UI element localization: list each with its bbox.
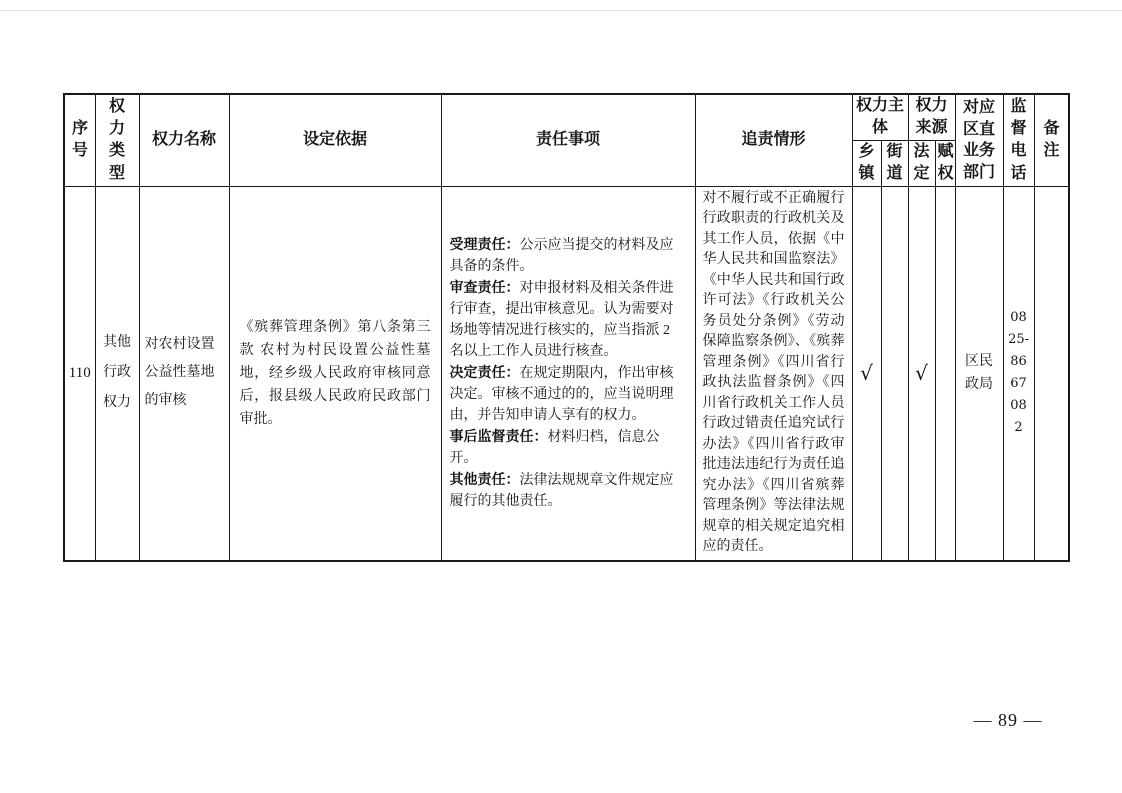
document-page: 序号 权力类型 权力名称 设定依据 责任事项 追责情形 权力主体 权力来源 对应… (0, 0, 1122, 793)
table-body: 110 其他行政权力 对农村设置公益性墓地的审核 《殡葬管理条例》第八条第三款 … (64, 186, 1069, 561)
column-header-responsibility: 责任事项 (441, 94, 695, 186)
column-header-township: 乡镇 (852, 140, 881, 186)
column-header-serial: 序号 (64, 94, 95, 186)
page-number: — 89 — (957, 710, 1059, 731)
column-group-power-source: 权力来源 (908, 94, 955, 140)
column-header-supervision-phone: 监督电话 (1003, 94, 1034, 186)
header-row-top: 序号 权力类型 权力名称 设定依据 责任事项 追责情形 权力主体 权力来源 对应… (64, 94, 1069, 140)
responsibility-item-post-supervision: 事后监督责任：材料归档，信息公开。 (450, 426, 687, 469)
scan-edge-line (0, 10, 1122, 11)
column-header-power-type: 权力类型 (95, 94, 139, 186)
cell-power-name: 对农村设置公益性墓地的审核 (139, 186, 229, 561)
cell-statutory-checkmark: √ (908, 186, 935, 561)
table-row-110: 110 其他行政权力 对农村设置公益性墓地的审核 《殡葬管理条例》第八条第三款 … (64, 186, 1069, 561)
responsibility-label: 审查责任： (450, 279, 520, 295)
responsibility-item-other: 其他责任：法律法规规章文件规定应履行的其他责任。 (450, 469, 687, 512)
table-header: 序号 权力类型 权力名称 设定依据 责任事项 追责情形 权力主体 权力来源 对应… (64, 94, 1069, 186)
column-header-legal-basis: 设定依据 (229, 94, 441, 186)
power-responsibility-table: 序号 权力类型 权力名称 设定依据 责任事项 追责情形 权力主体 权力来源 对应… (63, 93, 1070, 562)
cell-township-checkmark: √ (852, 186, 881, 561)
column-header-district-dept: 对应区直业务部门 (955, 94, 1003, 186)
responsibility-item-review: 审查责任：对申报材料及相关条件进行审查，提出审核意见。认为需要对场地等情况进行核… (450, 277, 687, 362)
responsibility-label: 受理责任： (450, 236, 520, 252)
cell-accountability: 对不履行或不正确履行行政职责的行政机关及其工作人员，依据《中华人民共和国监察法》… (695, 186, 852, 561)
responsibility-label: 事后监督责任： (450, 428, 548, 444)
cell-serial-number: 110 (64, 186, 95, 561)
cell-responsibility-items: 受理责任：公示应当提交的材料及应具备的条件。 审查责任：对申报材料及相关条件进行… (441, 186, 695, 561)
column-header-statutory: 法定 (908, 140, 935, 186)
cell-district-department: 区民政局 (955, 186, 1003, 561)
responsibility-label: 其他责任： (450, 471, 520, 487)
column-group-power-subject: 权力主体 (852, 94, 908, 140)
cell-power-type: 其他行政权力 (95, 186, 139, 561)
cell-street-checkmark (881, 186, 908, 561)
responsibility-label: 决定责任： (450, 364, 520, 380)
column-header-accountability: 追责情形 (695, 94, 852, 186)
cell-remarks (1034, 186, 1069, 561)
cell-legal-basis: 《殡葬管理条例》第八条第三款 农村为村民设置公益性墓地，经乡级人民政府审核同意后… (229, 186, 441, 561)
column-header-power-name: 权力名称 (139, 94, 229, 186)
cell-supervision-phone: 0825-8667082 (1003, 186, 1034, 561)
responsibility-item-acceptance: 受理责任：公示应当提交的材料及应具备的条件。 (450, 234, 687, 277)
column-header-empowered: 赋权 (935, 140, 955, 186)
column-header-street: 街道 (881, 140, 908, 186)
responsibility-item-decision: 决定责任：在规定期限内，作出审核决定。审核不通过的的，应当说明理由，并告知申请人… (450, 362, 687, 426)
column-header-remarks: 备注 (1034, 94, 1069, 186)
cell-empowered-checkmark (935, 186, 955, 561)
